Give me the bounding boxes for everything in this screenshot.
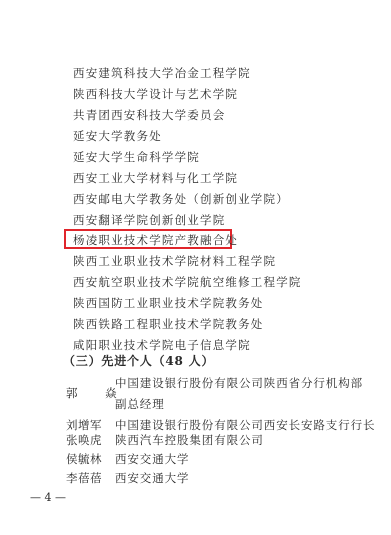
unit-line: 陕西铁路工程职业技术学院教务处	[73, 317, 264, 331]
person-name: 侯毓林	[66, 452, 102, 466]
unit-line: 延安大学生命科学学院	[73, 150, 200, 164]
page-number: — 4 —	[30, 491, 66, 504]
document-page: 西安建筑科技大学冶金工程学院 陕西科技大学设计与艺术学院 共青团西安科技大学委员…	[0, 0, 391, 535]
person-org: 西安交通大学	[115, 452, 189, 466]
unit-line: 延安大学教务处	[73, 129, 162, 143]
section-heading: （三）先进个人（48 人）	[63, 354, 214, 368]
person-org-continued: 副总经理	[115, 397, 165, 411]
person-name: 李蓓蓓	[66, 471, 102, 485]
unit-line: 西安邮电大学教务处（创新创业学院）	[73, 192, 289, 206]
person-name: 张唤虎	[66, 433, 102, 447]
unit-line: 陕西国防工业职业技术学院教务处	[73, 296, 264, 310]
unit-line-highlighted: 杨凌职业技术学院产教融合处	[73, 233, 238, 247]
unit-line: 共青团西安科技大学委员会	[73, 108, 225, 122]
person-org: 西安交通大学	[115, 471, 189, 485]
unit-line: 西安航空职业技术学院航空维修工程学院	[73, 275, 302, 289]
unit-line: 西安建筑科技大学冶金工程学院	[73, 66, 251, 80]
person-org: 中国建设银行股份有限公司陕西省分行机构部	[115, 376, 363, 390]
unit-line: 咸阳职业技术学院电子信息学院	[73, 338, 251, 352]
person-name: 刘增军	[66, 418, 102, 432]
unit-line: 西安翻译学院创新创业学院	[73, 213, 225, 227]
unit-line: 陕西工业职业技术学院材料工程学院	[73, 254, 276, 268]
unit-line: 陕西科技大学设计与艺术学院	[73, 87, 238, 101]
person-org: 中国建设银行股份有限公司西安长安路支行行长	[115, 418, 375, 432]
unit-line: 西安工业大学材料与化工学院	[73, 171, 238, 185]
person-org: 陕西汽车控股集团有限公司	[115, 433, 264, 447]
